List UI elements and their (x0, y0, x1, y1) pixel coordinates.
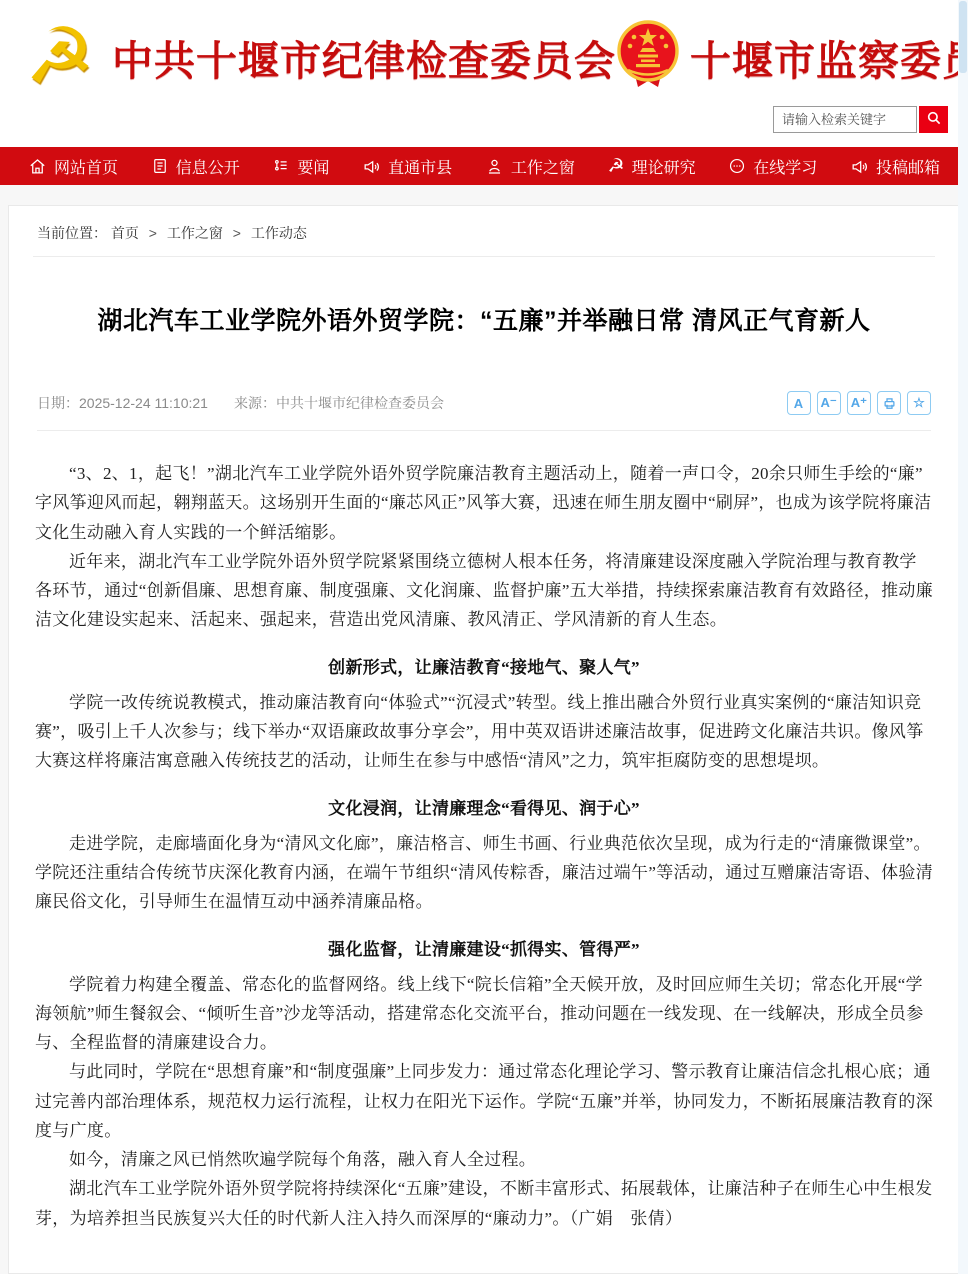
megaphone-icon (362, 157, 381, 176)
article-subheading: 创新形式，让廉洁教育“接地气、聚人气” (35, 653, 933, 682)
nav-item-work-window[interactable]: 工作之窗 (485, 155, 575, 178)
article-paragraph: 如今，清廉之风已悄然吹遍学院每个角落，融入育人全过程。 (35, 1145, 933, 1174)
discipline-commission-logo[interactable]: ☭ 中共十堰市纪律检查委员会 (18, 18, 616, 96)
nav-item-counties[interactable]: 直通市县 (362, 155, 452, 178)
article-meta-row: 日期：2025-12-24 11:10:21来源：中共十堰市纪律检查委员会 A … (37, 391, 931, 431)
article-paragraph: 学院着力构建全覆盖、常态化的监督网络。线上线下“院长信箱”全天候开放，及时回应师… (35, 970, 933, 1058)
article-tools: A A⁻ A⁺ ☆ (787, 391, 932, 415)
list-icon (272, 157, 290, 175)
article-paragraph: 与此同时，学院在“思想育廉”和“制度强廉”上同步发力：通过常态化理论学习、警示教… (35, 1057, 933, 1145)
nav-label: 理论研究 (632, 155, 696, 178)
nav-item-home[interactable]: 网站首页 (28, 155, 118, 178)
nav-item-online-learning[interactable]: 在线学习 (728, 155, 817, 178)
print-button[interactable] (877, 391, 901, 415)
scrollbar-thumb[interactable] (959, 1, 967, 73)
article-paragraph: 近年来，湖北汽车工业学院外语外贸学院紧紧围绕立德树人根本任务，将清廉建设深度融入… (35, 547, 933, 635)
site-header: ☭ 中共十堰市纪律检查委员会 (0, 0, 968, 147)
main-nav: 网站首页 信息公开 要闻 直通市县 工 (0, 147, 968, 185)
article-meta: 日期：2025-12-24 11:10:21来源：中共十堰市纪律检查委员会 (37, 393, 444, 413)
breadcrumb-home[interactable]: 首页 (111, 225, 139, 241)
breadcrumb-work-dynamics[interactable]: 工作动态 (251, 225, 307, 241)
article-paragraph: 湖北汽车工业学院外语外贸学院将持续深化“五廉”建设，不断丰富形式、拓展载体，让廉… (35, 1174, 933, 1232)
megaphone-icon (850, 157, 869, 176)
printer-icon (882, 396, 897, 411)
article-paragraph: “3、2、1，起飞！”湖北汽车工业学院外语外贸学院廉洁教育主题活动上，随着一声口… (35, 459, 933, 547)
article-title: 湖北汽车工业学院外语外贸学院：“五廉”并举融日常 清风正气育新人 (73, 303, 895, 339)
breadcrumb: 当前位置： 首页 > 工作之窗 > 工作动态 (33, 206, 935, 257)
document-icon (151, 157, 169, 175)
article-subheading: 文化浸润，让清廉理念“看得见、润于心” (35, 794, 933, 823)
article-source: 中共十堰市纪律检查委员会 (276, 395, 444, 411)
chat-icon (728, 157, 746, 175)
article-body: “3、2、1，起飞！”湖北汽车工业学院外语外贸学院廉洁教育主题活动上，随着一声口… (33, 431, 935, 1233)
content-panel: 当前位置： 首页 > 工作之窗 > 工作动态 湖北汽车工业学院外语外贸学院：“五… (8, 205, 960, 1274)
article-date: 2025-12-24 11:10:21 (79, 395, 208, 411)
person-icon (485, 157, 504, 176)
star-icon: ☆ (913, 395, 925, 411)
nav-label: 工作之窗 (511, 155, 575, 178)
nav-label: 直通市县 (388, 155, 452, 178)
nav-item-theory[interactable]: ☭ 理论研究 (608, 155, 696, 178)
nav-label: 要闻 (297, 155, 329, 178)
supervisory-commission-title: 十堰市监察委员会 (690, 28, 968, 87)
breadcrumb-separator: > (149, 225, 157, 241)
nav-label: 在线学习 (753, 155, 817, 178)
search-icon (925, 109, 943, 130)
font-larger-button[interactable]: A⁺ (847, 391, 871, 415)
search-area (14, 106, 948, 133)
nav-label: 网站首页 (54, 155, 118, 178)
search-button[interactable] (919, 106, 948, 133)
favorite-button[interactable]: ☆ (907, 391, 931, 415)
font-default-button[interactable]: A (787, 391, 811, 415)
nav-item-submission-mailbox[interactable]: 投稿邮箱 (850, 155, 940, 178)
nav-item-info[interactable]: 信息公开 (151, 155, 240, 178)
home-icon (28, 157, 47, 176)
nav-item-news[interactable]: 要闻 (272, 155, 329, 178)
article-subheading: 强化监督，让清廉建设“抓得实、管得严” (35, 935, 933, 964)
nav-label: 投稿邮箱 (876, 155, 940, 178)
party-emblem-logo-icon: ☭ (18, 18, 102, 96)
discipline-commission-title: 中共十堰市纪律检查委员会 (112, 28, 616, 87)
date-label: 日期： (37, 395, 79, 411)
national-emblem-logo-icon (616, 19, 680, 96)
logo-row: ☭ 中共十堰市纪律检查委员会 (14, 16, 954, 96)
scrollbar-track[interactable] (958, 0, 968, 1274)
search-input[interactable] (773, 106, 917, 133)
font-smaller-button[interactable]: A⁻ (817, 391, 841, 415)
article-paragraph: 学院一改传统说教模式，推动廉洁教育向“体验式”“沉浸式”转型。线上推出融合外贸行… (35, 688, 933, 776)
supervisory-commission-logo[interactable]: 十堰市监察委员会 (616, 19, 968, 96)
breadcrumb-separator: > (233, 225, 241, 241)
breadcrumb-work-window[interactable]: 工作之窗 (167, 225, 223, 241)
party-emblem-icon: ☭ (608, 157, 625, 175)
article-paragraph: 走进学院，走廊墙面化身为“清风文化廊”，廉洁格言、师生书画、行业典范依次呈现，成… (35, 829, 933, 917)
source-label: 来源： (234, 395, 276, 411)
breadcrumb-label: 当前位置： (37, 225, 107, 241)
nav-label: 信息公开 (176, 155, 240, 178)
